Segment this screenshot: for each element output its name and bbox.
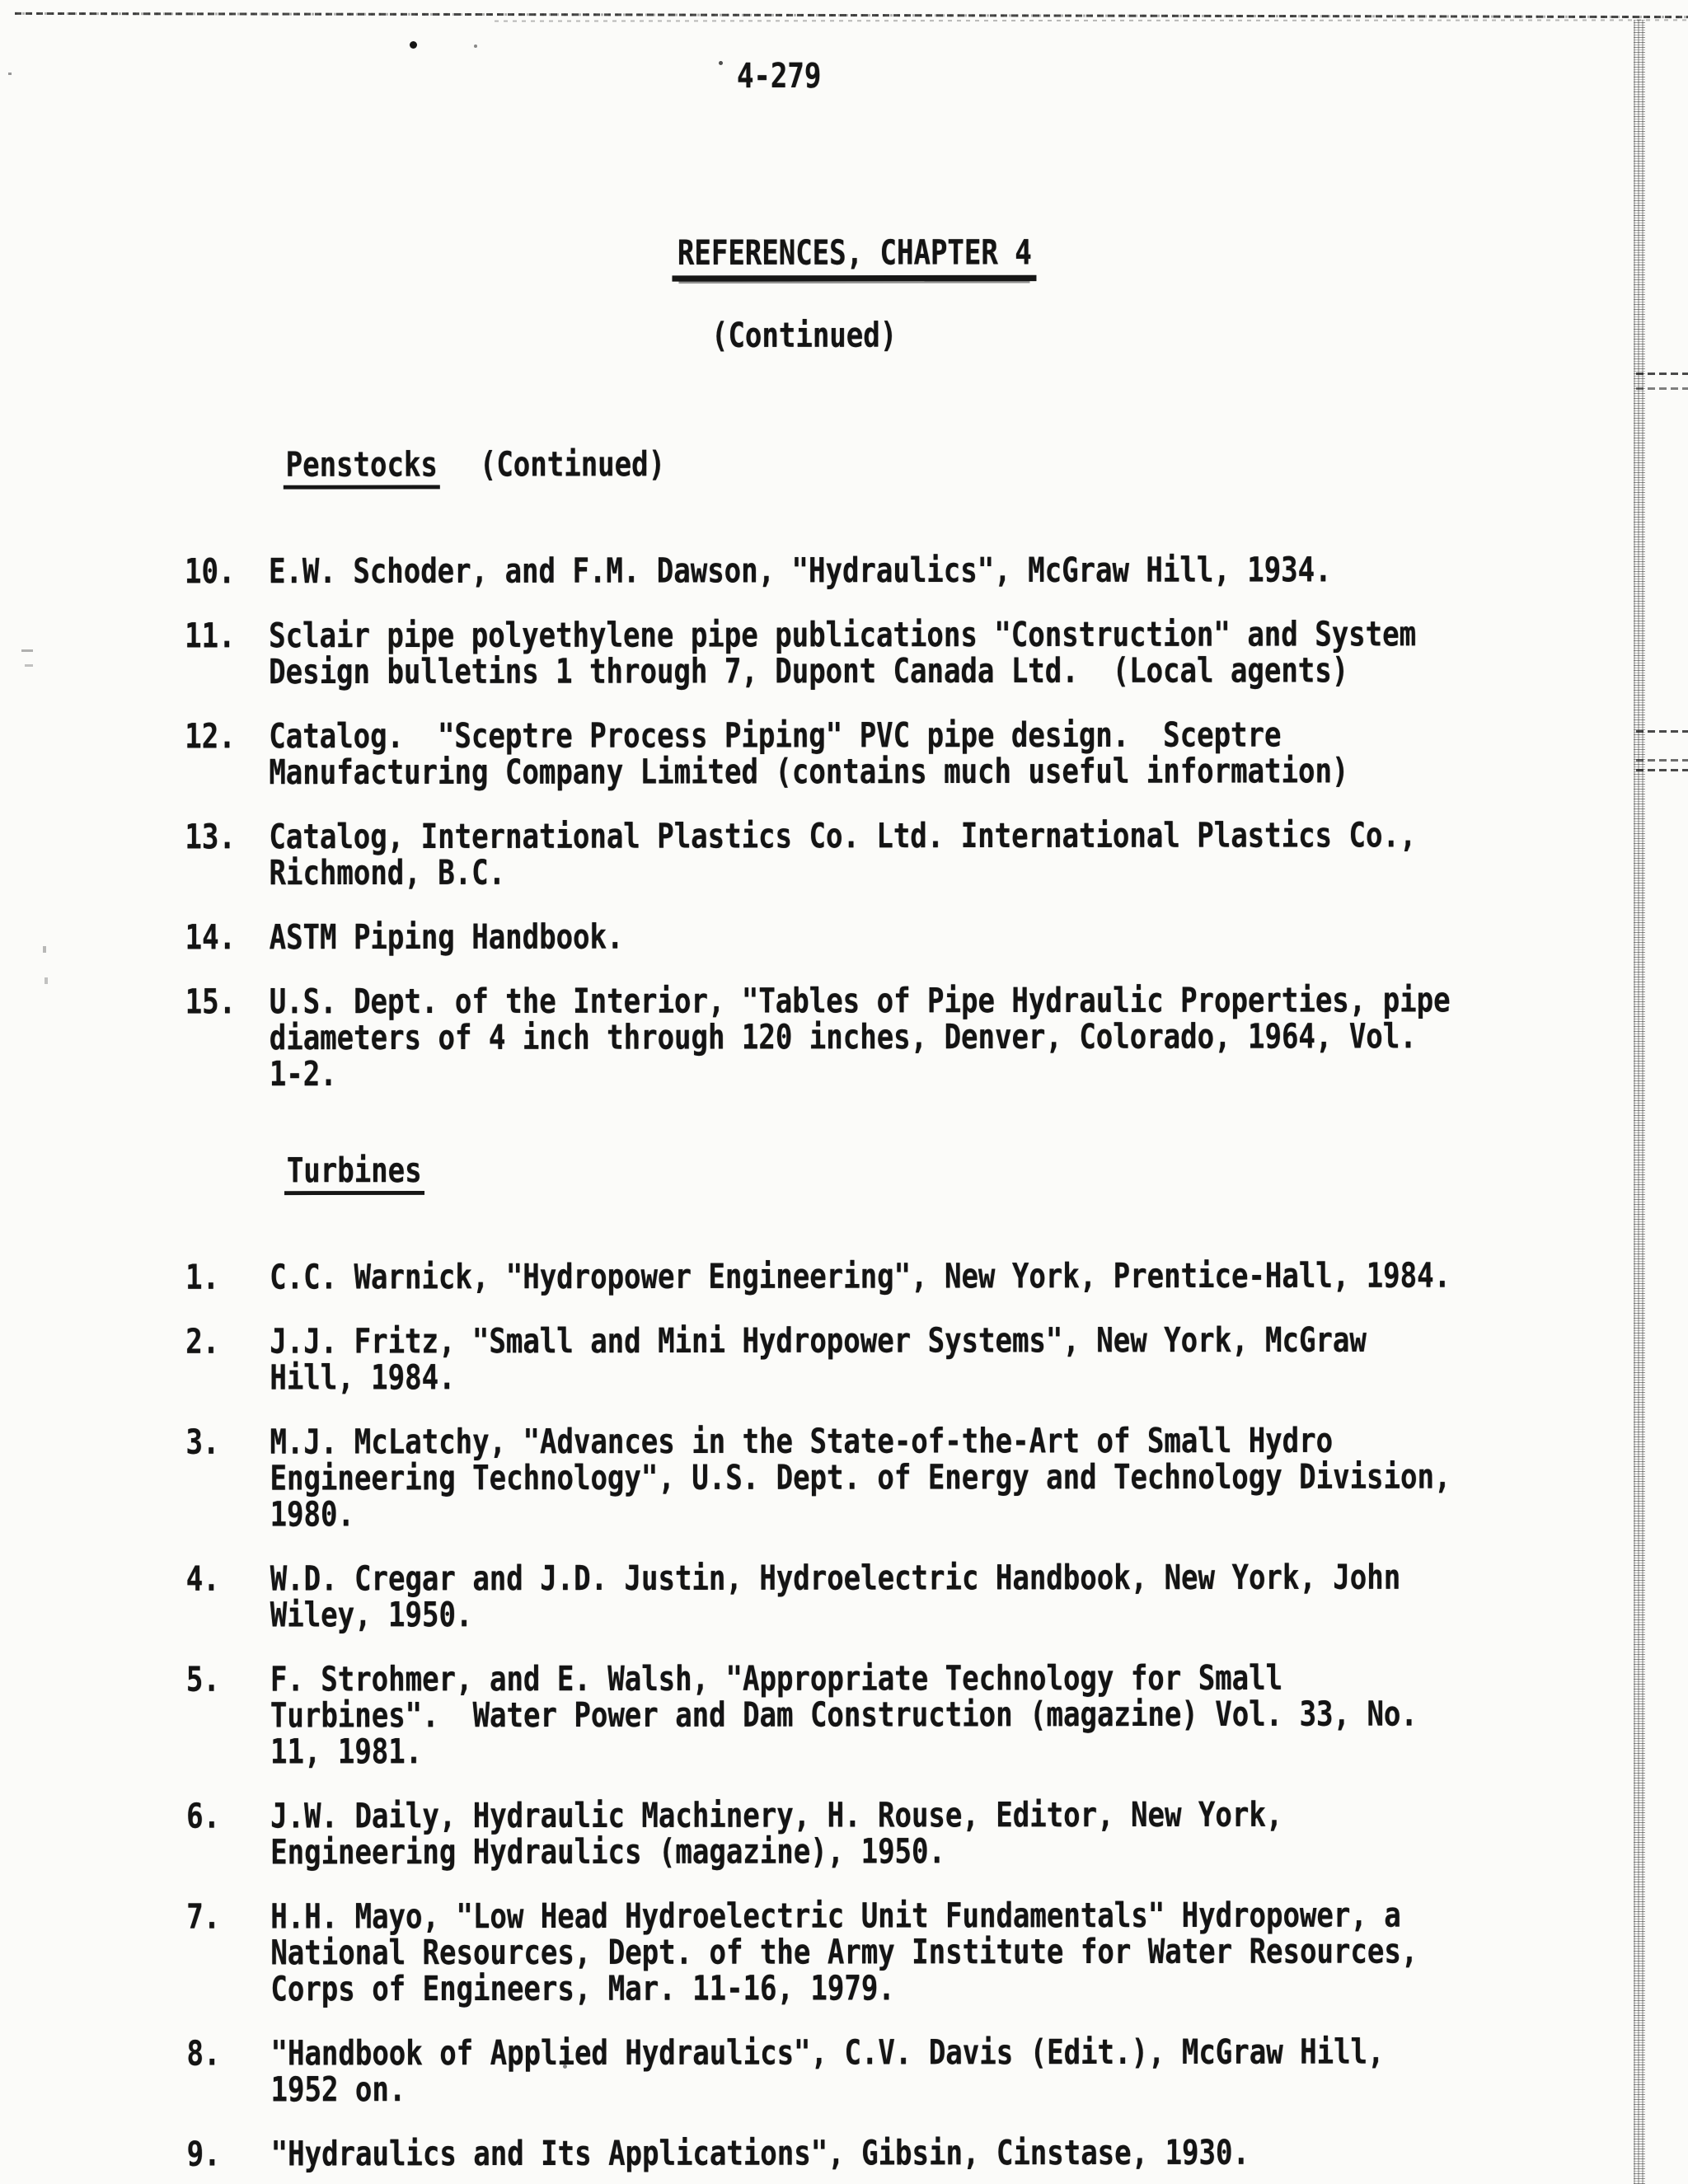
reference-number: 5. — [186, 1661, 270, 1698]
reference-number: 10. — [185, 554, 269, 590]
references-title: REFERENCES, CHAPTER 4 — [673, 235, 1037, 282]
document-page: 4-279 REFERENCES, CHAPTER 4 (Continued) … — [0, 0, 1688, 2184]
page-number: 4-279 — [0, 57, 1558, 96]
reference-item: 11. Sclair pipe polyethylene pipe public… — [185, 616, 1688, 690]
reference-sections: Penstocks(Continued) 10. E.W. Schoder, a… — [1, 409, 1688, 2172]
reference-text: M.J. McLatchy, "Advances in the State-of… — [270, 1422, 1451, 1533]
reference-text: J.J. Fritz, "Small and Mini Hydropower S… — [270, 1322, 1367, 1396]
reference-item: 12. Catalog. "Sceptre Process Piping" PV… — [185, 716, 1688, 790]
reference-section: Penstocks(Continued) 10. E.W. Schoder, a… — [185, 409, 1688, 1093]
title-row: REFERENCES, CHAPTER 4 — [0, 198, 1607, 319]
reference-item: 6. J.W. Daily, Hydraulic Machinery, H. R… — [186, 1797, 1688, 1871]
reference-text: F. Strohmer, and E. Walsh, "Appropriate … — [270, 1660, 1418, 1770]
section-heading-row: Penstocks(Continued) — [185, 409, 1688, 526]
reference-item: 13. Catalog, International Plastics Co. … — [185, 817, 1688, 891]
reference-text: Sclair pipe polyethylene pipe publicatio… — [269, 616, 1416, 691]
references-subtitle: (Continued) — [1, 316, 1608, 355]
typed-content: 4-279 REFERENCES, CHAPTER 4 (Continued) … — [0, 0, 1688, 2172]
reference-item: 10. E.W. Schoder, and F.M. Dawson, "Hydr… — [185, 551, 1688, 589]
reference-text: H.H. Mayo, "Low Head Hydroelectric Unit … — [270, 1897, 1418, 2008]
reference-item: 4. W.D. Cregar and J.D. Justin, Hydroele… — [186, 1559, 1688, 1633]
section-heading-suffix: (Continued) — [480, 444, 665, 485]
reference-text: U.S. Dept. of the Interior, "Tables of P… — [270, 982, 1451, 1093]
reference-item: 3. M.J. McLatchy, "Advances in the State… — [185, 1422, 1688, 1533]
reference-list: 10. E.W. Schoder, and F.M. Dawson, "Hydr… — [185, 551, 1688, 1092]
reference-item: 7. H.H. Mayo, "Low Head Hydroelectric Un… — [186, 1897, 1688, 2008]
reference-item: 14. ASTM Piping Handbook. — [185, 917, 1688, 955]
reference-number: 14. — [185, 920, 270, 956]
reference-text: W.D. Cregar and J.D. Justin, Hydroelectr… — [270, 1559, 1401, 1633]
reference-item: 2. J.J. Fritz, "Small and Mini Hydropowe… — [185, 1322, 1688, 1396]
reference-number: 1. — [185, 1259, 270, 1296]
reference-item: 9. "Hydraulics and Its Applications", Gi… — [187, 2135, 1688, 2172]
reference-item: 15. U.S. Dept. of the Interior, "Tables … — [185, 982, 1688, 1093]
reference-number: 3. — [185, 1424, 270, 1460]
reference-number: 11. — [185, 618, 269, 654]
reference-item: 5. F. Strohmer, and E. Walsh, "Appropria… — [186, 1660, 1688, 1770]
reference-number: 6. — [186, 1798, 270, 1835]
reference-number: 15. — [185, 984, 270, 1020]
reference-section: Turbines 1. C.C. Warnick, "Hydropower En… — [185, 1115, 1688, 2173]
reference-text: E.W. Schoder, and F.M. Dawson, "Hydrauli… — [269, 552, 1332, 590]
reference-item: 8. "Handbook of Applied Hydraulics", C.V… — [186, 2034, 1688, 2108]
reference-list: 1. C.C. Warnick, "Hydropower Engineering… — [185, 1258, 1688, 2172]
section-heading: Penstocks — [284, 447, 440, 490]
reference-number: 12. — [185, 719, 269, 755]
section-heading: Turbines — [284, 1153, 424, 1195]
reference-number: 8. — [186, 2036, 270, 2072]
reference-text: C.C. Warnick, "Hydropower Engineering", … — [270, 1258, 1451, 1296]
reference-text: Catalog. "Sceptre Process Piping" PVC pi… — [269, 717, 1348, 791]
reference-number: 4. — [186, 1561, 270, 1597]
reference-item: 1. C.C. Warnick, "Hydropower Engineering… — [185, 1258, 1688, 1296]
reference-text: ASTM Piping Handbook. — [270, 919, 624, 956]
reference-text: J.W. Daily, Hydraulic Machinery, H. Rous… — [270, 1797, 1282, 1871]
section-heading-row: Turbines — [185, 1115, 1688, 1232]
reference-number: 7. — [186, 1899, 270, 1935]
reference-number: 9. — [187, 2136, 271, 2172]
reference-text: "Handbook of Applied Hydraulics", C.V. D… — [270, 2034, 1384, 2108]
reference-number: 2. — [185, 1324, 270, 1360]
reference-text: Catalog, International Plastics Co. Ltd.… — [269, 818, 1416, 892]
reference-number: 13. — [185, 819, 269, 855]
reference-text: "Hydraulics and Its Applications", Gibsi… — [271, 2135, 1250, 2172]
